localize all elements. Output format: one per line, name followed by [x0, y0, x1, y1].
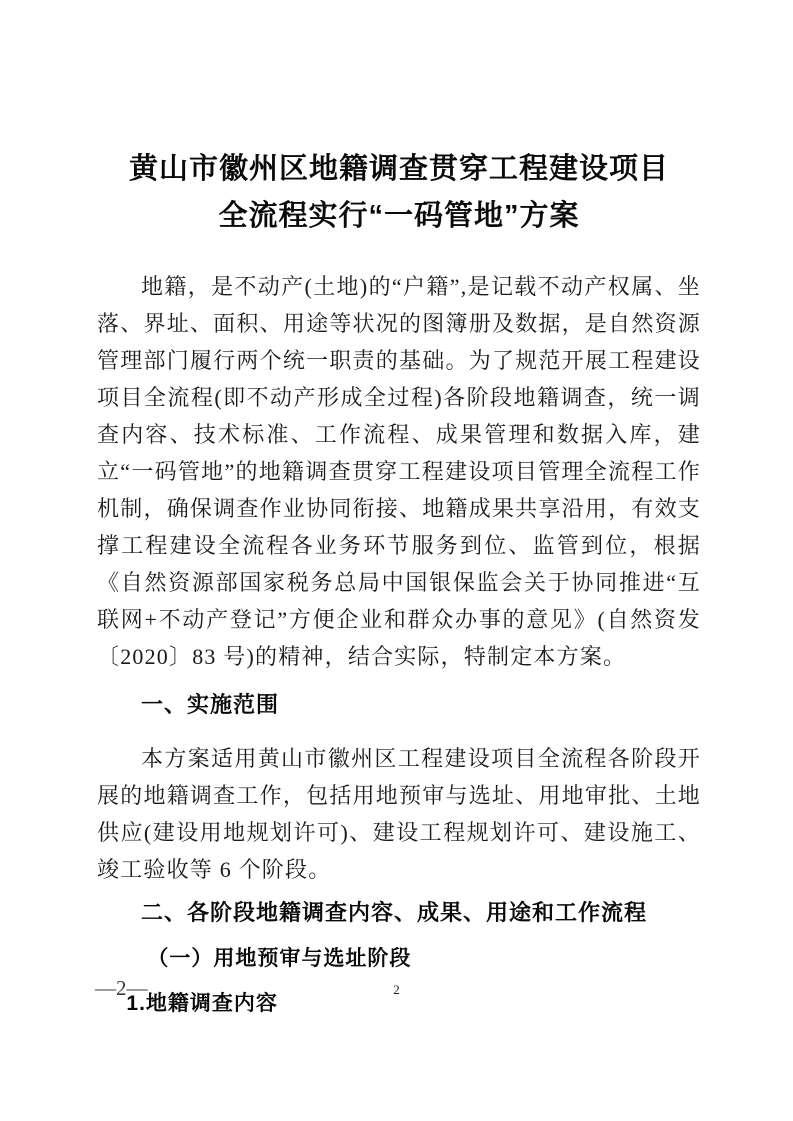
document-content: 黄山市徽州区地籍调查贯穿工程建设项目 全流程实行“一码管地”方案 地籍，是不动产…	[97, 0, 701, 1018]
document-title: 黄山市徽州区地籍调查贯穿工程建设项目 全流程实行“一码管地”方案	[97, 146, 701, 240]
document-title-line2: 全流程实行“一码管地”方案	[97, 193, 701, 240]
section-heading-1: 一、实施范围	[97, 690, 701, 720]
document-page: 黄山市徽州区地籍调查贯穿工程建设项目 全流程实行“一码管地”方案 地籍，是不动产…	[0, 0, 793, 1121]
scope-paragraph: 本方案适用黄山市徽州区工程建设项目全流程各阶段开展的地籍调查工作，包括用地预审与…	[97, 740, 701, 888]
document-title-line1: 黄山市徽州区地籍调查贯穿工程建设项目	[97, 146, 701, 193]
section-heading-2: 二、各阶段地籍调查内容、成果、用途和工作流程	[97, 898, 701, 928]
subsection-heading-1: （一）用地预审与选址阶段	[97, 945, 701, 973]
intro-paragraph: 地籍，是不动产(土地)的“户籍”,是记载不动产权属、坐落、界址、面积、用途等状况…	[97, 268, 701, 675]
page-number-center: 2	[0, 982, 793, 998]
